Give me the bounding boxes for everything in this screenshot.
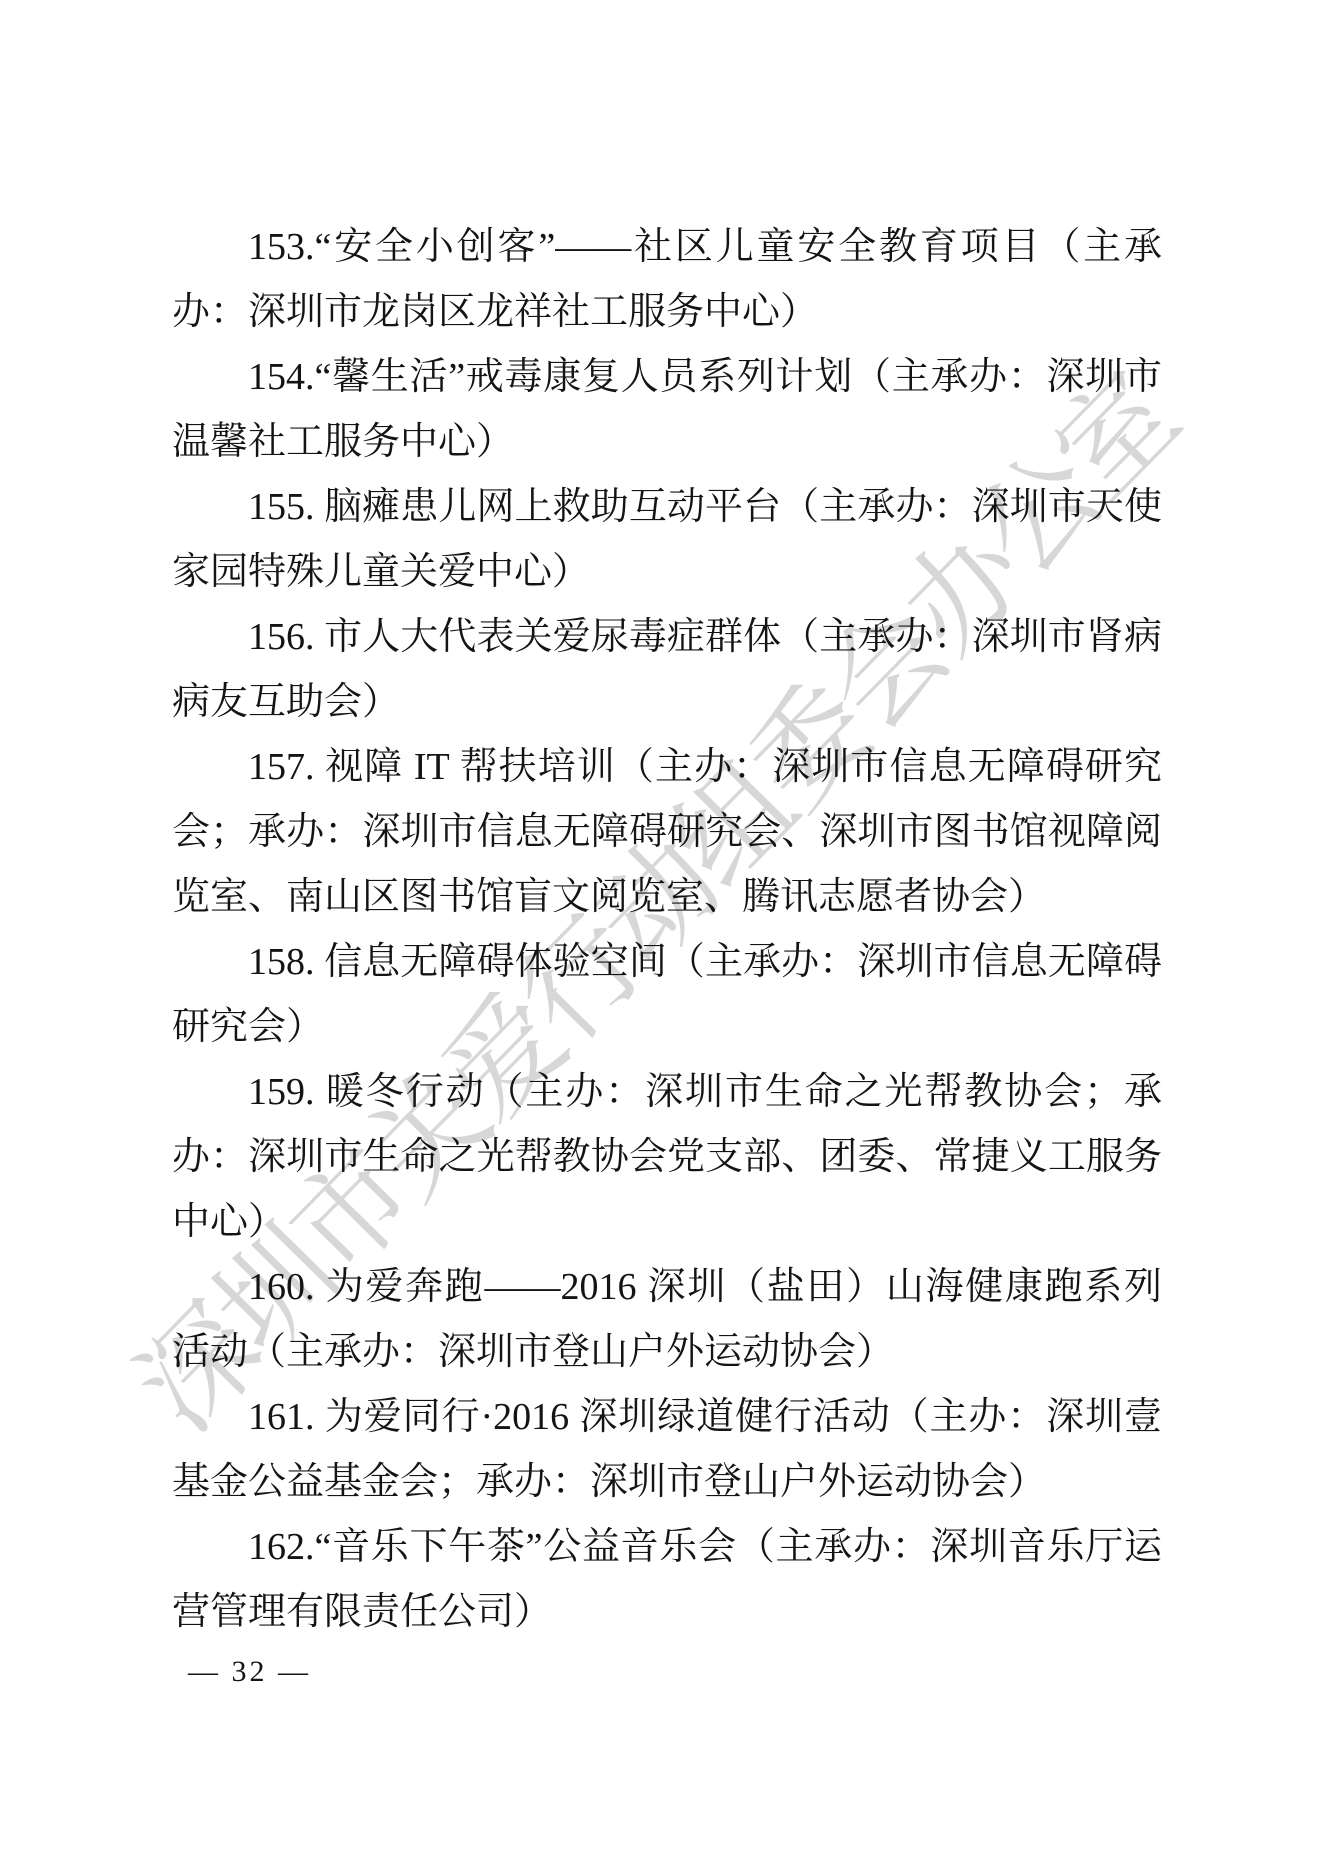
list-item-160: 160. 为爱奔跑——2016 深圳（盐田）山海健康跑系列活动（主承办：深圳市登… — [172, 1255, 1162, 1385]
document-page: 深圳市关爱行动组委会办公室 153.“安全小创客”——社区儿童安全教育项目（主承… — [0, 0, 1323, 1871]
document-body: 153.“安全小创客”——社区儿童安全教育项目（主承办：深圳市龙岗区龙祥社工服务… — [172, 215, 1162, 1645]
list-item-158: 158. 信息无障碍体验空间（主承办：深圳市信息无障碍研究会） — [172, 930, 1162, 1060]
list-item-162: 162.“音乐下午茶”公益音乐会（主承办：深圳音乐厅运营管理有限责任公司） — [172, 1515, 1162, 1645]
list-item-159: 159. 暖冬行动（主办：深圳市生命之光帮教协会；承办：深圳市生命之光帮教协会党… — [172, 1060, 1162, 1255]
list-item-154: 154.“馨生活”戒毒康复人员系列计划（主承办：深圳市温馨社工服务中心） — [172, 345, 1162, 475]
list-item-156: 156. 市人大代表关爱尿毒症群体（主承办：深圳市肾病病友互助会） — [172, 605, 1162, 735]
list-item-157: 157. 视障 IT 帮扶培训（主办：深圳市信息无障碍研究会；承办：深圳市信息无… — [172, 735, 1162, 930]
page-number: — 32 — — [188, 1652, 311, 1692]
list-item-155: 155. 脑瘫患儿网上救助互动平台（主承办：深圳市天使家园特殊儿童关爱中心） — [172, 475, 1162, 605]
list-item-153: 153.“安全小创客”——社区儿童安全教育项目（主承办：深圳市龙岗区龙祥社工服务… — [172, 215, 1162, 345]
list-item-161: 161. 为爱同行·2016 深圳绿道健行活动（主办：深圳壹基金公益基金会；承办… — [172, 1385, 1162, 1515]
